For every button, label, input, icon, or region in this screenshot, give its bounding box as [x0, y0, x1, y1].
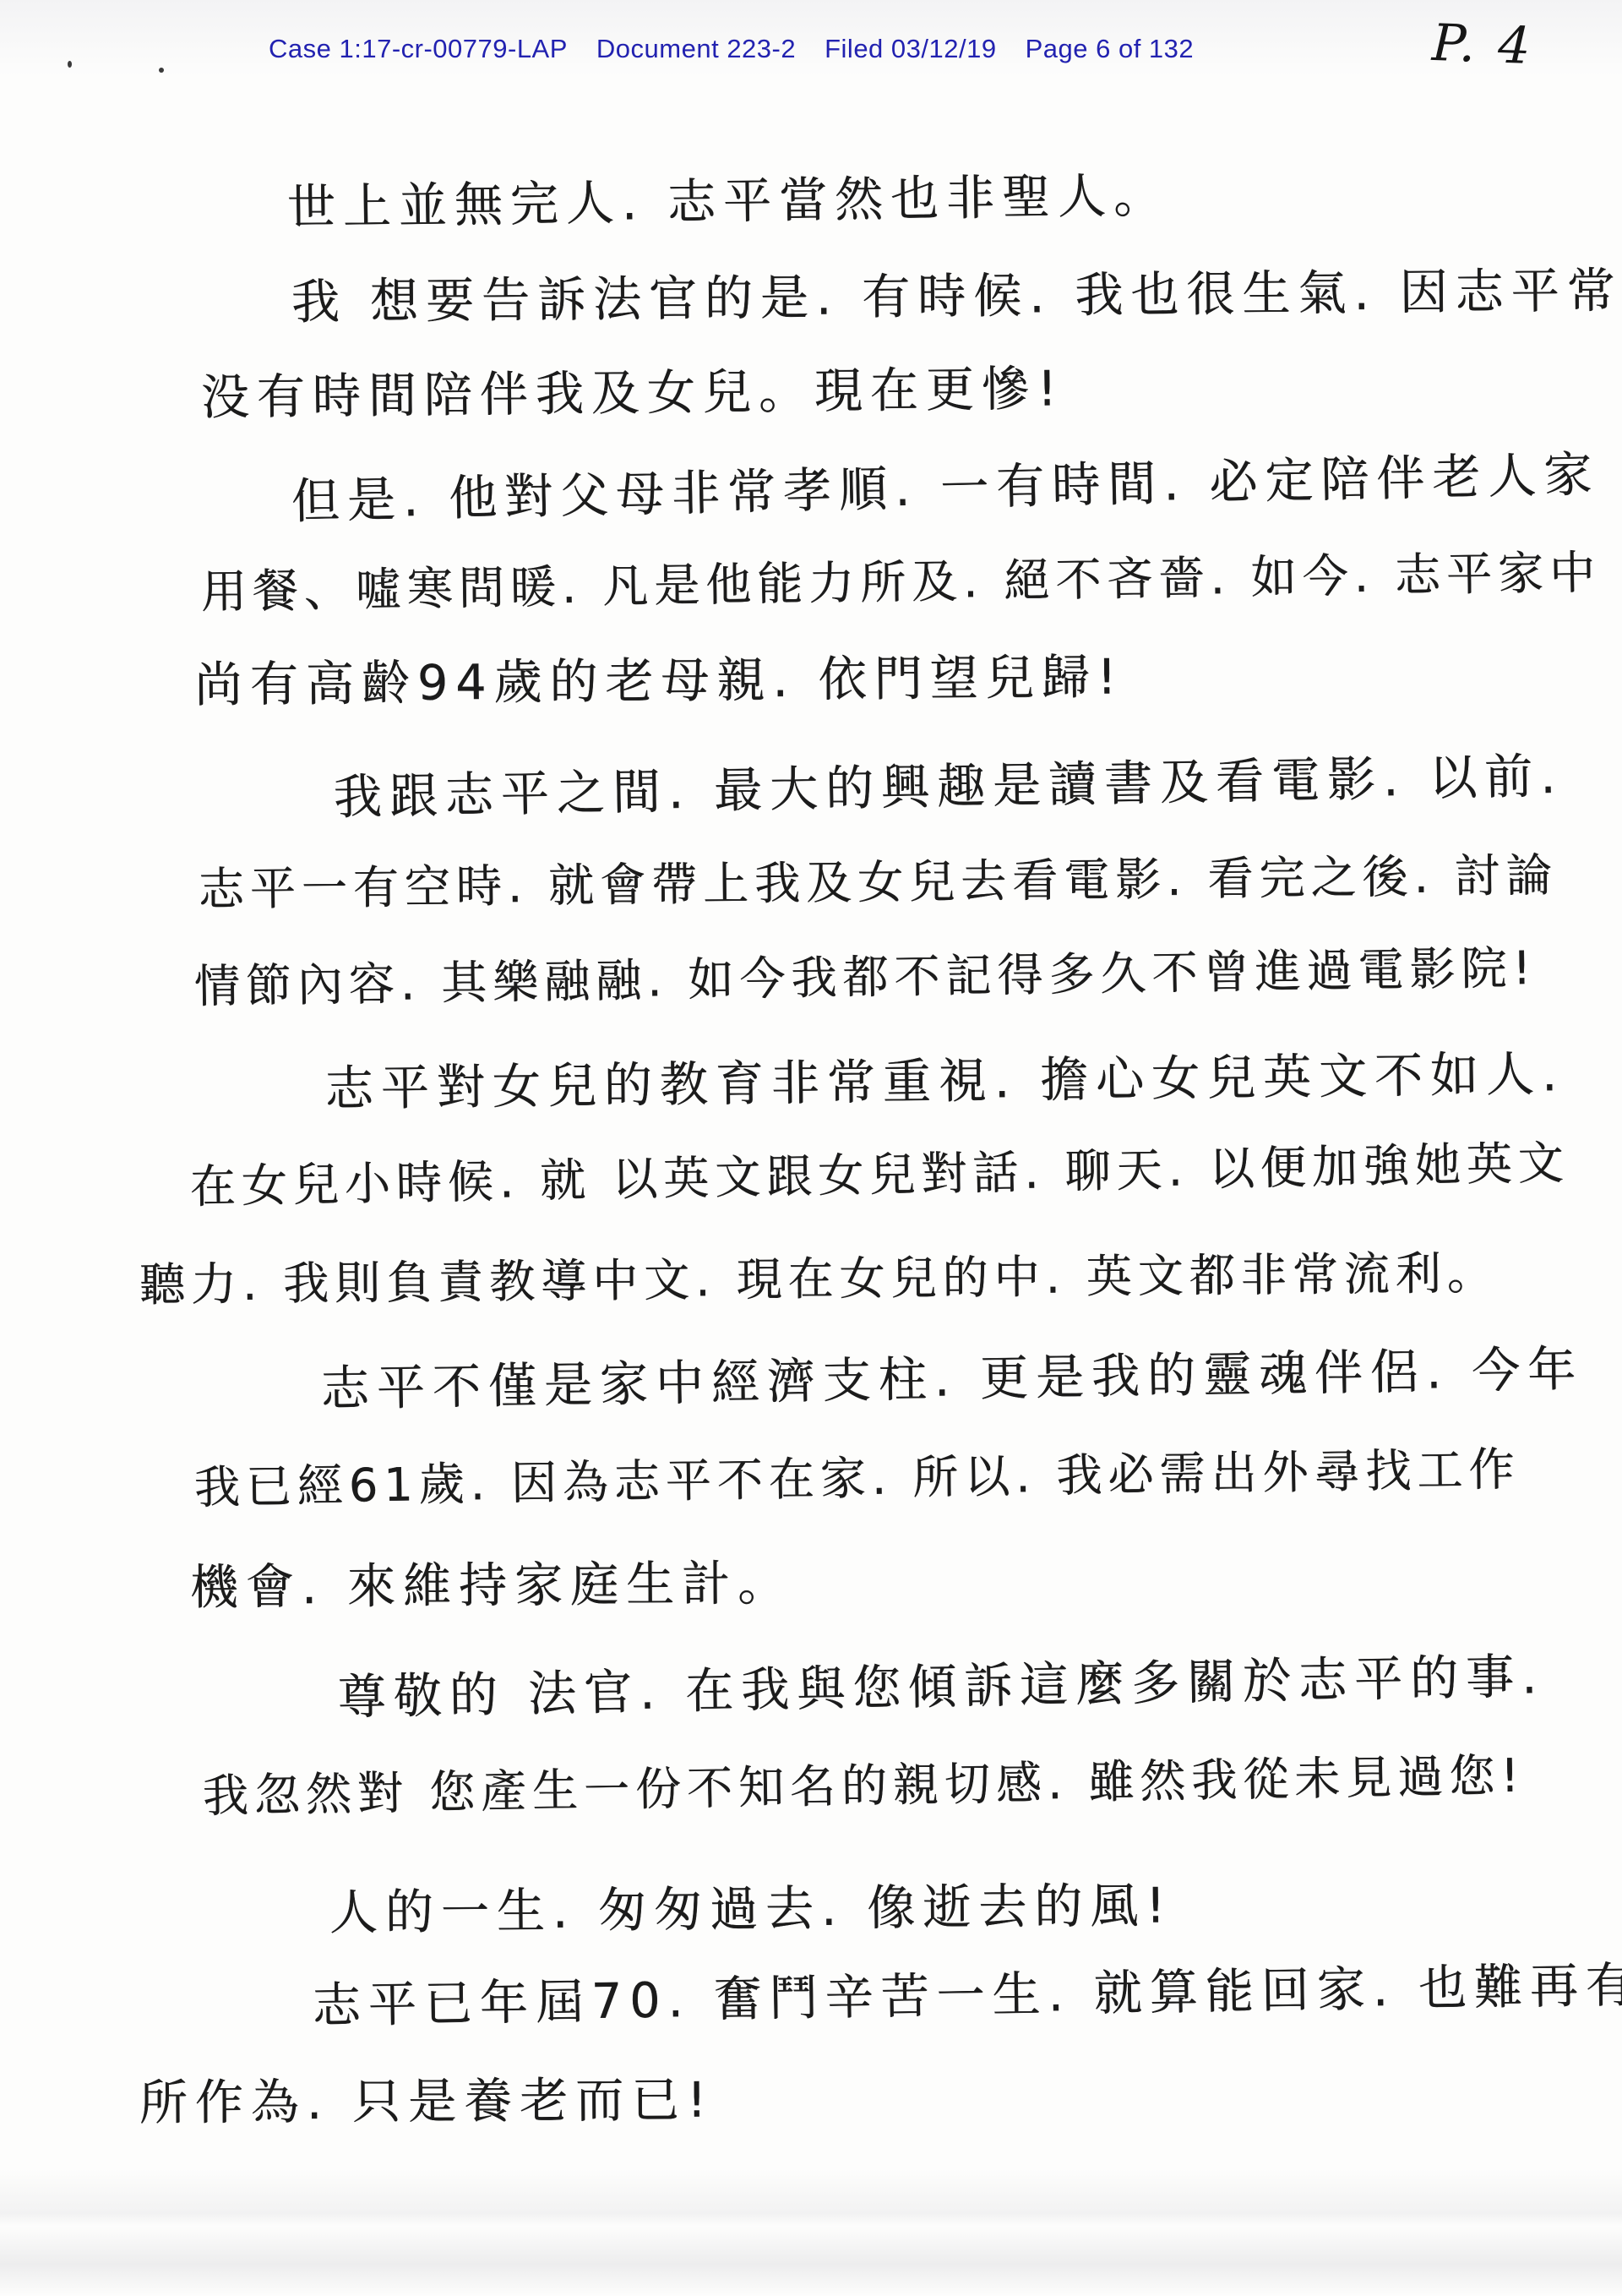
letter-line-15: 機會. 來維持家庭生計。 [190, 1545, 794, 1618]
letter-line-5: 用餐、噓寒問暖. 凡是他能力所及. 絕不吝嗇. 如今. 志平家中 [200, 537, 1601, 621]
ink-speck [159, 68, 164, 73]
letter-line-11: 在女兒小時候. 就 以英文跟女兒對話. 聊天. 以便加強她英文 [189, 1127, 1570, 1216]
letter-line-14: 我已經61歲. 因為志平不在家. 所以. 我必需出外尋找工作 [193, 1433, 1521, 1517]
filed-date: Filed 03/12/19 [825, 34, 996, 63]
letter-line-13: 志平不僅是家中經濟支柱. 更是我的靈魂伴侶. 今年 [320, 1331, 1584, 1420]
case-number: Case 1:17-cr-00779-LAP [269, 34, 568, 63]
letter-line-6: 尚有高齡94歲的老母親. 依門望兒歸! [194, 638, 1124, 716]
letter-line-20: 所作為. 只是養老而已! [139, 2061, 715, 2134]
letter-line-16: 尊敬的 法官. 在我與您傾訴這麼多關於志平的事. [337, 1638, 1545, 1728]
document-number: Document 223-2 [596, 34, 796, 63]
letter-line-19: 志平已年屆70. 奮鬥辛苦一生. 就算能回家. 也難再有 [312, 1946, 1622, 2037]
letter-line-9: 情節內容. 其樂融融. 如今我都不記得多久不曾進過電影院! [193, 932, 1537, 1016]
scan-artifact-streaks [0, 2169, 1622, 2296]
scanned-court-document-page: Case 1:17-cr-00779-LAPDocument 223-2File… [0, 0, 1622, 2296]
letter-line-17: 我忽然對 您產生一份不知名的親切感. 雖然我從未見過您! [202, 1739, 1525, 1825]
handwritten-page-number: P. 4 [1431, 14, 1535, 76]
letter-line-18: 人的一生. 匆匆過去. 像逝去的風! [329, 1867, 1173, 1944]
letter-line-8: 志平一有空時. 就會帶上我及女兒去看電影. 看完之後. 討論 [199, 839, 1559, 919]
letter-line-7: 我跟志平之間. 最大的興趣是讀書及看電影. 以前. [333, 738, 1564, 828]
page-count: Page 6 of 132 [1026, 34, 1195, 63]
letter-line-2: 我 想要告訴法官的是. 有時候. 我也很生氣. 因志平常常 [291, 252, 1622, 333]
letter-line-12: 聽力. 我則負責教導中文. 現在女兒的中. 英文都非常流利。 [139, 1237, 1500, 1314]
letter-line-1: 世上並無完人. 志平當然也非聖人。 [286, 156, 1169, 238]
ink-speck [68, 61, 72, 68]
letter-line-3: 没有時間陪伴我及女兒。現在更慘! [201, 350, 1065, 428]
letter-line-4: 但是. 他對父母非常孝順. 一有時間. 必定陪伴老人家 [291, 436, 1600, 532]
court-filing-header: Case 1:17-cr-00779-LAPDocument 223-2File… [269, 34, 1222, 64]
letter-line-10: 志平對女兒的教育非常重視. 擔心女兒英文不如人. [324, 1035, 1565, 1120]
